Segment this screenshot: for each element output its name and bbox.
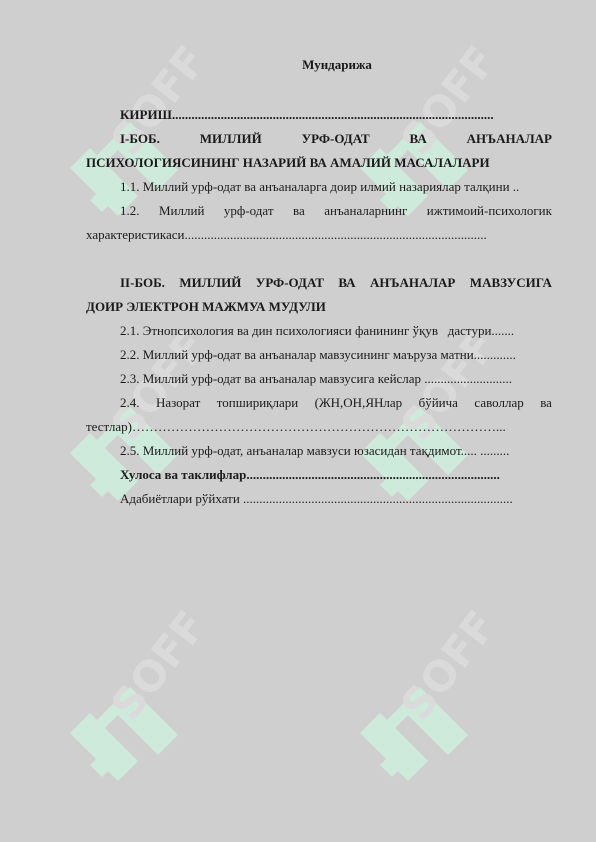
word: УРФ-ОДАТ [256,271,324,295]
word: АНЪАНАЛАР [370,271,455,295]
toc-item-2-5: 2.5. Миллий урф-одат, анъаналар мавзуси … [86,439,552,463]
toc-chapter2-heading-line2: ДОИР ЭЛЕКТРОН МАЖМУА МУДУЛИ [86,295,552,319]
word: анъаналарнинг [324,199,407,223]
word: ВА [338,271,355,295]
toc-chapter1-heading-line2: ПСИХОЛОГИЯСИНИНГ НАЗАРИЙ ВА АМАЛИЙ МАСАЛ… [86,151,552,175]
word: I-БОБ. [120,127,160,151]
word: УРФ-ОДАТ [302,127,370,151]
page-title: Мундарижа [0,57,596,73]
toc-intro: КИРИШ...................................… [86,103,552,127]
word: ва [540,391,552,415]
word: топшириқлари [217,391,298,415]
toc-references: Адабиётлари рўйхати ....................… [86,487,552,511]
word: (ЖН,ОН,ЯНлар [315,391,402,415]
word: 2.4. [120,391,140,415]
word: урф-одат [224,199,274,223]
toc-chapter2-heading-line1: II-БОБ.МИЛЛИЙУРФ-ОДАТВААНЪАНАЛАРМАВЗУСИГ… [86,271,552,295]
word: II-БОБ. [120,271,165,295]
toc-item-2-4: 2.4.Назораттопшириқлари(ЖН,ОН,ЯНларбўйич… [86,391,552,415]
word: МИЛЛИЙ [179,271,241,295]
word: МАВЗУСИГА [470,271,552,295]
spacer [86,247,552,271]
toc-conclusion: Хулоса ва таклифлар.....................… [86,463,552,487]
word: 1.2. [120,199,140,223]
toc-chapter1-heading-line1: I-БОБ.МИЛЛИЙУРФ-ОДАТВААНЪАНАЛАР [86,127,552,151]
toc-item-2-3: 2.3. Миллий урф-одат ва анъаналар мавзус… [86,367,552,391]
toc-item-2-4-continuation: тестлар)…………………………………………………………………………... [86,415,552,439]
toc-item-1-2-continuation: характеристикаси........................… [86,223,552,247]
word: Миллий [159,199,204,223]
word: МИЛЛИЙ [200,127,262,151]
word: ва [293,199,305,223]
toc-item-2-1: 2.1. Этнопсихология ва дин психологияси … [86,319,552,343]
document-page: Мундарижа КИРИШ.........................… [0,0,596,842]
toc-item-2-2: 2.2. Миллий урф-одат ва анъаналар мавзус… [86,343,552,367]
toc-item-1-1: 1.1. Миллий урф-одат ва анъаналарга доир… [86,175,552,199]
table-of-contents: КИРИШ...................................… [86,103,552,511]
toc-item-1-2: 1.2.Миллийурф-одатваанъаналарнингижтимои… [86,199,552,223]
word: АНЪАНАЛАР [467,127,552,151]
word: бўйича [419,391,458,415]
word: саволлар [474,391,523,415]
word: ижтимоий-психологик [427,199,552,223]
word: ВА [410,127,427,151]
word: Назорат [156,391,200,415]
